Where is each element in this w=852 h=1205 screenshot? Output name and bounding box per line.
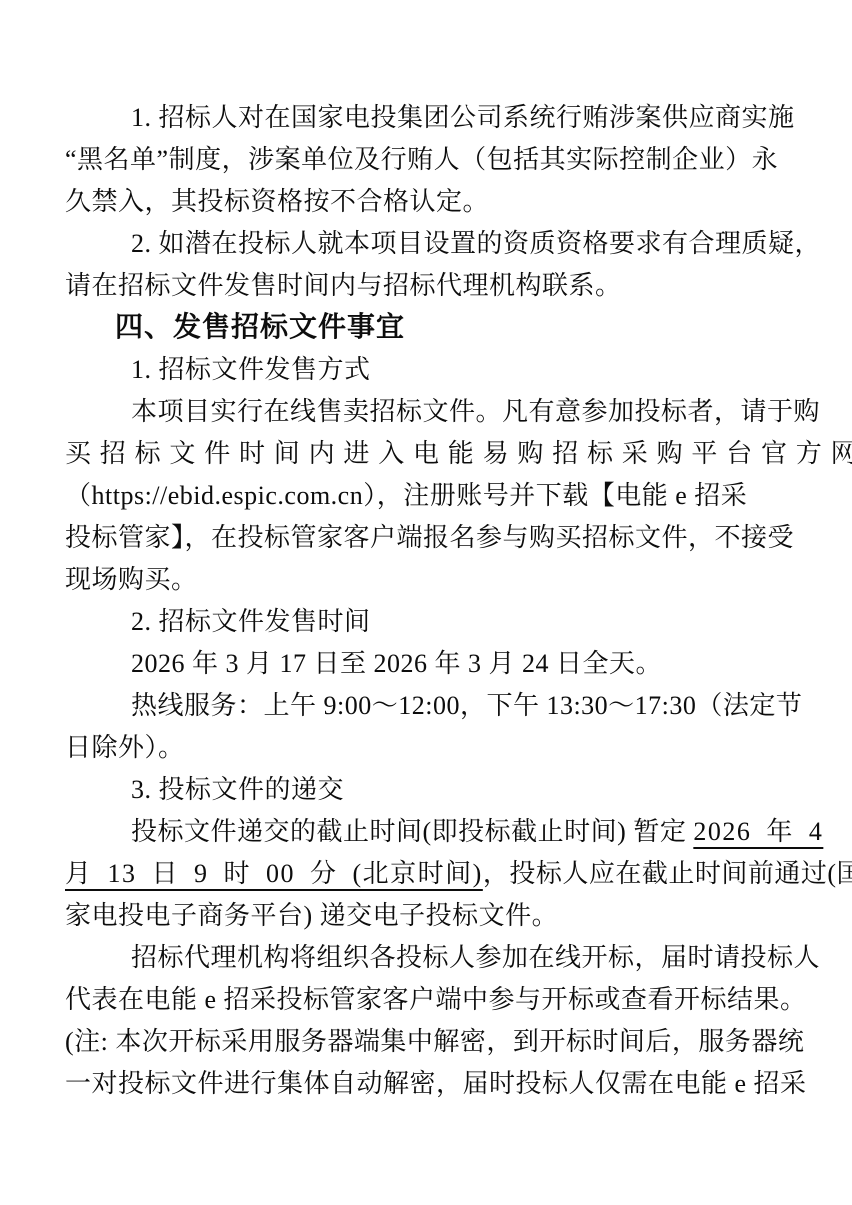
para-sale-method-line-1: 本项目实行在线售卖招标文件。凡有意参加投标者，请于购 [65, 391, 852, 433]
para-bidopening-line-1: 招标代理机构将组织各投标人参加在线开标，届时请投标人 [65, 937, 852, 979]
para-deadline-line-3: 家电投电子商务平台) 递交电子投标文件。 [65, 895, 852, 937]
document-page: 1. 招标人对在国家电投集团公司系统行贿涉案供应商实施“黑名单”制度，涉案单位及… [0, 0, 852, 1205]
text-segment: 投标管家】，在投标管家客户端报名参与购买招标文件，不接受 [65, 523, 794, 552]
item-sale-time-title: 2. 招标文件发售时间 [65, 601, 852, 643]
para-blacklist-line-2: “黑名单”制度，涉案单位及行贿人（包括其实际控制企业）永 [65, 139, 852, 181]
item-sale-method-title: 1. 招标文件发售方式 [65, 349, 852, 391]
text-segment: 3. 投标文件的递交 [131, 775, 344, 804]
text-segment: 四、发售招标文件事宜 [115, 312, 405, 343]
text-segment: 投标文件递交的截止时间(即投标截止时间) 暂定 [131, 817, 693, 846]
deadline-underlined-text: 月 13 日 9 时 00 分 (北京时间) [65, 859, 483, 888]
text-segment: 1. 招标人对在国家电投集团公司系统行贿涉案供应商实施 [131, 103, 795, 132]
text-segment: 日除外）。 [65, 733, 185, 762]
para-sale-time-line-1: 2026 年 3 月 17 日至 2026 年 3 月 24 日全天。 [65, 643, 852, 685]
para-sale-method-line-4: 投标管家】，在投标管家客户端报名参与购买招标文件，不接受 [65, 517, 852, 559]
section-heading-4: 四、发售招标文件事宜 [65, 307, 852, 349]
text-segment: “黑名单”制度，涉案单位及行贿人（包括其实际控制企业）永 [65, 145, 778, 174]
text-segment: 久禁入，其投标资格按不合格认定。 [65, 187, 489, 216]
text-segment: 请在招标文件发售时间内与招标代理机构联系。 [65, 271, 622, 300]
para-bidopening-line-4: 一对投标文件进行集体自动解密，届时投标人仅需在电能 e 招采 [65, 1063, 852, 1105]
para-bidopening-line-2: 代表在电能 e 招采投标管家客户端中参与开标或查看开标结果。 [65, 979, 852, 1021]
para-sale-method-line-3: （https://ebid.espic.com.cn），注册账号并下载【电能 e… [65, 475, 852, 517]
para-hotline-line-1: 热线服务：上午 9:00～12:00，下午 13:30～17:30（法定节 [65, 685, 852, 727]
text-segment: (注: 本次开标采用服务器端集中解密，到开标时间后，服务器统 [65, 1027, 804, 1056]
text-segment: 热线服务：上午 9:00～12:00，下午 13:30～17:30（法定节 [131, 691, 802, 720]
text-segment: ，投标人应在截止时间前通过(国 [483, 859, 852, 888]
para-sale-method-line-2: 买招标文件时间内进入电能易购招标采购平台官方网站 [65, 433, 852, 475]
text-segment: 招标代理机构将组织各投标人参加在线开标，届时请投标人 [131, 943, 820, 972]
text-segment: 2. 如潜在投标人就本项目设置的资质资格要求有合理质疑， [131, 229, 821, 258]
text-segment: 一对投标文件进行集体自动解密，届时投标人仅需在电能 e 招采 [65, 1069, 807, 1098]
para-deadline-line-2: 月 13 日 9 时 00 分 (北京时间)，投标人应在截止时间前通过(国 [65, 853, 852, 895]
text-segment: （https://ebid.espic.com.cn），注册账号并下载【电能 e… [65, 481, 747, 510]
text-segment: 2026 年 3 月 17 日至 2026 年 3 月 24 日全天。 [131, 649, 662, 678]
para-deadline-line-1: 投标文件递交的截止时间(即投标截止时间) 暂定 2026 年 4 [65, 811, 852, 853]
text-segment: 代表在电能 e 招采投标管家客户端中参与开标或查看开标结果。 [65, 985, 807, 1014]
para-query-line-2: 请在招标文件发售时间内与招标代理机构联系。 [65, 265, 852, 307]
text-segment: 买招标文件时间内进入电能易购招标采购平台官方网站 [65, 439, 852, 468]
para-bidopening-line-3: (注: 本次开标采用服务器端集中解密，到开标时间后，服务器统 [65, 1021, 852, 1063]
text-segment: 本项目实行在线售卖招标文件。凡有意参加投标者，请于购 [131, 397, 820, 426]
document-body: 1. 招标人对在国家电投集团公司系统行贿涉案供应商实施“黑名单”制度，涉案单位及… [0, 0, 852, 1105]
text-segment: 家电投电子商务平台) 递交电子投标文件。 [65, 901, 558, 930]
text-segment: 2. 招标文件发售时间 [131, 607, 371, 636]
para-sale-method-line-5: 现场购买。 [65, 559, 852, 601]
deadline-underlined-text: 2026 年 4 [693, 817, 823, 846]
text-segment: 1. 招标文件发售方式 [131, 355, 371, 384]
para-blacklist-line-3: 久禁入，其投标资格按不合格认定。 [65, 181, 852, 223]
para-blacklist-line-1: 1. 招标人对在国家电投集团公司系统行贿涉案供应商实施 [65, 97, 852, 139]
text-segment: 现场购买。 [65, 565, 198, 594]
para-hotline-line-2: 日除外）。 [65, 727, 852, 769]
item-submission-title: 3. 投标文件的递交 [65, 769, 852, 811]
para-query-line-1: 2. 如潜在投标人就本项目设置的资质资格要求有合理质疑， [65, 223, 852, 265]
